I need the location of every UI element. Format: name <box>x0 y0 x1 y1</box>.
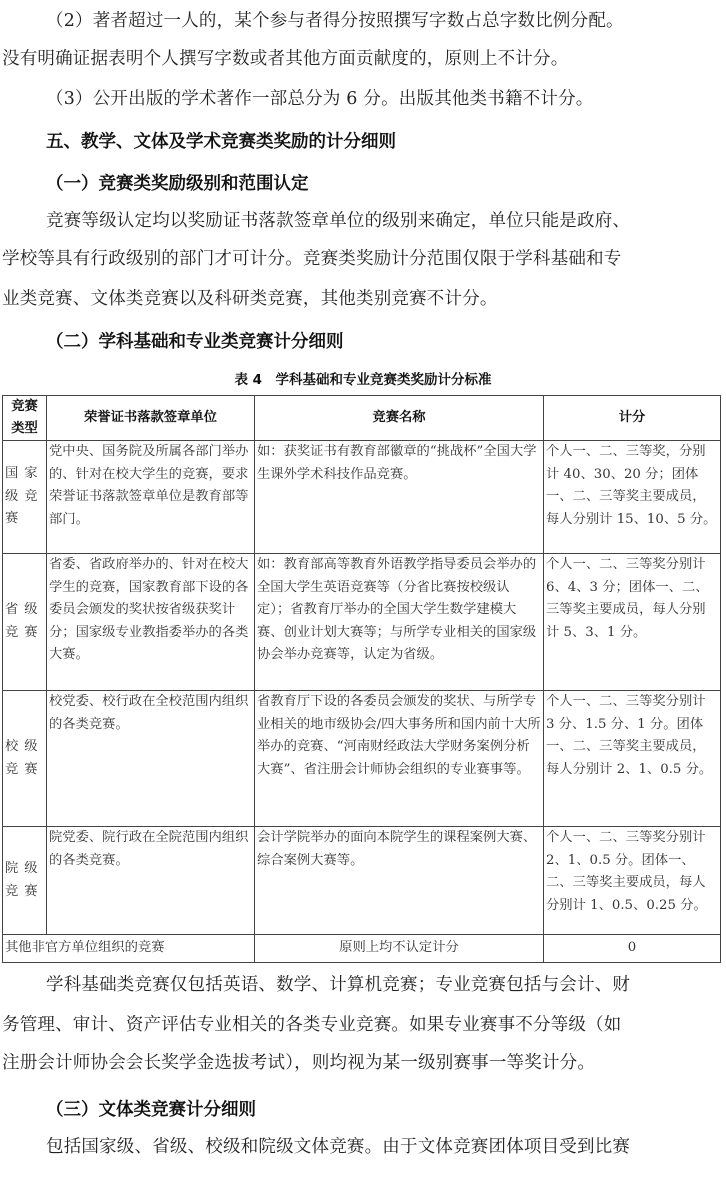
cell-unit: 院党委、院行政在全院范围内组织的各类竞赛。 <box>47 827 255 935</box>
cell-unit: 省委、省政府举办的、针对在校大学生的竞赛，国家教育部下设的各委员会颁发的奖状按省… <box>47 554 255 691</box>
cell-name: 省教育厅下设的各委员会颁发的奖状、与所学专业相关的地市级协会/四大事务所和国内前… <box>255 691 544 827</box>
section-heading: 五、教学、文体及学术竞赛类奖励的计分细则 <box>46 128 396 153</box>
paragraph-line: 包括国家级、省级、校级和院级文体竞赛。由于文体竞赛团体项目受到比赛 <box>0 1128 726 1166</box>
cell-name: 会计学院举办的面向本院学生的课程案例大赛、综合案例大赛等。 <box>255 827 544 935</box>
cell-score: 个人一、二、三等奖分别计 2、1、0.5 分。团体一、二、三等奖主要成员，每人分… <box>544 827 721 935</box>
cell-unit: 校党委、校行政在全校范围内组织的各类竞赛。 <box>47 691 255 827</box>
cell-unit: 党中央、国务院及所属各部门举办的、针对在校大学生的竞赛，要求荣誉证书落款签章单位… <box>47 441 255 554</box>
header-score: 计分 <box>544 396 721 441</box>
cell-other-name: 原则上均不认定计分 <box>255 935 544 963</box>
cell-type: 省级竞赛 <box>3 554 47 691</box>
table-row: 省级竞赛 省委、省政府举办的、针对在校大学生的竞赛，国家教育部下设的各委员会颁发… <box>3 554 721 691</box>
paragraph-line: 学校等具有行政级别的部门才可计分。竞赛类奖励计分范围仅限于学科基础和专 <box>0 240 724 278</box>
table-row-other: 其他非官方单位组织的竞赛 原则上均不认定计分 0 <box>3 935 721 963</box>
table-row: 国家级竞赛 党中央、国务院及所属各部门举办的、针对在校大学生的竞赛，要求荣誉证书… <box>3 441 721 554</box>
table-header-row: 竞赛类型 荣誉证书落款签章单位 竞赛名称 计分 <box>3 396 721 441</box>
paragraph-line: （2）著者超过一人的，某个参与者得分按照撰写字数占总字数比例分配。 <box>0 2 726 40</box>
subsection-heading: （三）文体类竞赛计分细则 <box>46 1096 256 1121</box>
paragraph-line: 业类竞赛、文体类竞赛以及科研类竞赛，其他类别竞赛不计分。 <box>0 280 724 318</box>
table-caption: 表 4 学科基础和专业竞赛类奖励计分标准 <box>0 368 726 388</box>
table-row: 院级竞赛 院党委、院行政在全院范围内组织的各类竞赛。 会计学院举办的面向本院学生… <box>3 827 721 935</box>
scoring-table: 竞赛类型 荣誉证书落款签章单位 竞赛名称 计分 国家级竞赛 党中央、国务院及所属… <box>2 395 721 963</box>
cell-type: 院级竞赛 <box>3 827 47 935</box>
header-type: 竞赛类型 <box>3 396 47 441</box>
paragraph-line: 竞赛等级认定均以奖励证书落款签章单位的级别来确定，单位只能是政府、 <box>0 202 726 240</box>
paragraph-line: 学科基础类竞赛仅包括英语、数学、计算机竞赛；专业竞赛包括与会计、财 <box>0 966 726 1004</box>
paragraph-line: 注册会计师协会会长奖学金选拔考试），则均视为某一级别赛事一等奖计分。 <box>0 1044 724 1082</box>
subsection-heading: （一）竞赛类奖励级别和范围认定 <box>46 170 309 195</box>
cell-type: 校级竞赛 <box>3 691 47 827</box>
cell-score: 个人一、二、三等奖，分别计 40、30、20 分；团体一、二、三等奖主要成员，每… <box>544 441 721 554</box>
cell-type: 国家级竞赛 <box>3 441 47 554</box>
cell-score: 个人一、二、三等奖分别计 3 分、1.5 分、1 分。团体一、二、三等奖主要成员… <box>544 691 721 827</box>
header-unit: 荣誉证书落款签章单位 <box>47 396 255 441</box>
paragraph-line: （3）公开出版的学术著作一部总分为 6 分。出版其他类书籍不计分。 <box>0 80 726 118</box>
paragraph-line: 没有明确证据表明个人撰写字数或者其他方面贡献度的，原则上不计分。 <box>0 40 724 78</box>
cell-name: 如：获奖证书有教育部徽章的“挑战杯”全国大学生课外学术科技作品竞赛。 <box>255 441 544 554</box>
subsection-heading: （二）学科基础和专业类竞赛计分细则 <box>46 328 344 353</box>
cell-name: 如：教育部高等教育外语教学指导委员会举办的全国大学生英语竞赛等（分省比赛按校级认… <box>255 554 544 691</box>
table-row: 校级竞赛 校党委、校行政在全校范围内组织的各类竞赛。 省教育厅下设的各委员会颁发… <box>3 691 721 827</box>
header-name: 竞赛名称 <box>255 396 544 441</box>
cell-other-label: 其他非官方单位组织的竞赛 <box>3 935 255 963</box>
cell-score: 个人一、二、三等奖分别计 6、4、3 分；团体一、二、三等奖主要成员，每人分别计… <box>544 554 721 691</box>
cell-other-score: 0 <box>544 935 721 963</box>
paragraph-line: 务管理、审计、资产评估专业相关的各类专业竞赛。如果专业赛事不分等级（如 <box>0 1006 724 1044</box>
